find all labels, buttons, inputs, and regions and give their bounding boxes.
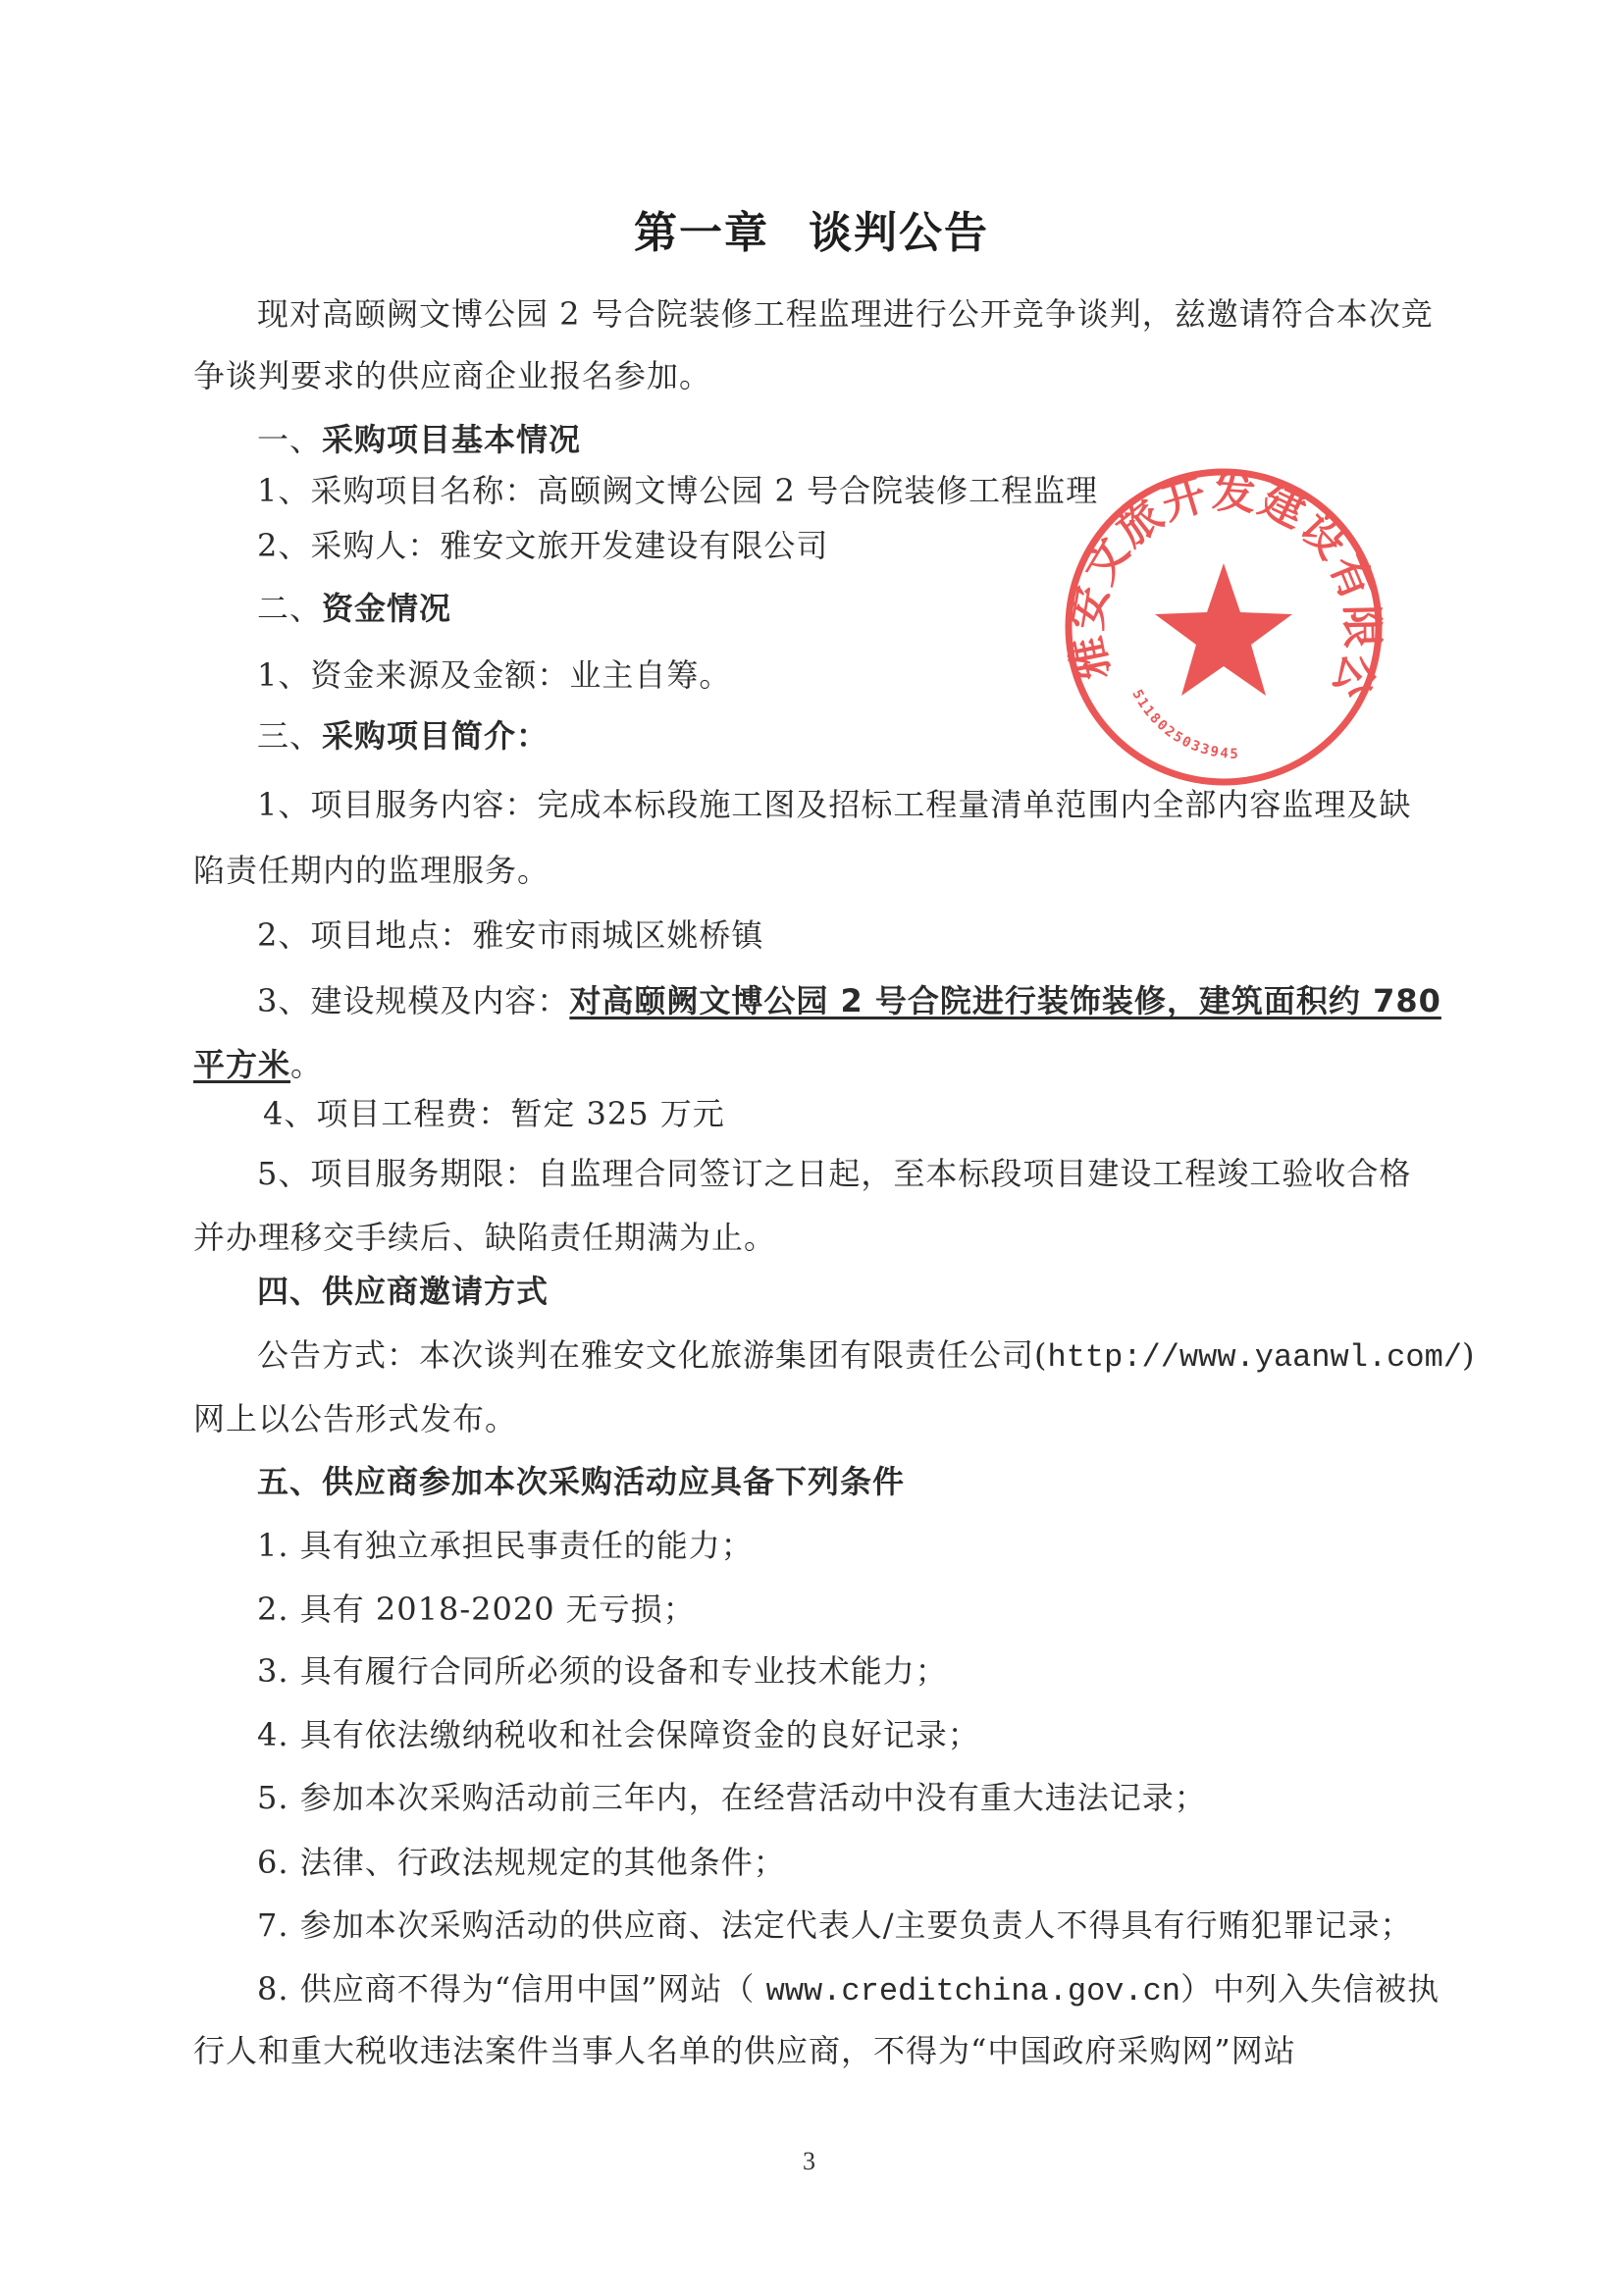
condition-5: 5. 参加本次采购活动前三年内，在经营活动中没有重大违法记录； — [257, 1778, 1207, 1817]
condition-6: 6. 法律、行政法规规定的其他条件； — [257, 1843, 786, 1882]
section-heading-1: 一、采购项目基本情况 — [257, 420, 581, 459]
notice-method-line-1: 公告方式：本次谈判在雅安文化旅游集团有限责任公司(http://www.yaan… — [257, 1335, 1475, 1378]
section-3-item-5-line-2: 并办理移交手续后、缺陷责任期满为止。 — [193, 1218, 776, 1257]
condition-7: 7. 参加本次采购活动的供应商、法定代表人/主要负责人不得具有行贿犯罪记录； — [257, 1905, 1413, 1945]
creditchina-link[interactable]: www.creditchina.gov.cn — [766, 1973, 1180, 2009]
chapter-title: 第一章谈判公告 — [0, 208, 1623, 259]
chapter-name: 谈判公告 — [809, 208, 989, 258]
section-1-item-2: 2、采购人：雅安文旅开发建设有限公司 — [257, 526, 828, 565]
condition-8-line-2: 行人和重大税收违法案件当事人名单的供应商，不得为“中国政府采购网”网站 — [193, 2031, 1296, 2070]
yaanwl-link[interactable]: http://www.yaanwl.com/ — [1048, 1339, 1462, 1376]
intro-line-2: 争谈判要求的供应商企业报名参加。 — [193, 356, 711, 395]
company-seal-icon: 雅安文旅开发建设有限公司 5118025033945 — [1062, 465, 1386, 789]
svg-text:5118025033945: 5118025033945 — [1128, 687, 1240, 762]
condition-4: 4. 具有依法缴纳税收和社会保障资金的良好记录； — [257, 1715, 980, 1754]
section-2-item-1: 1、资金来源及金额：业主自筹。 — [257, 655, 731, 695]
section-heading-2: 二、资金情况 — [257, 589, 451, 628]
intro-line-1: 现对高颐阙文博公园 2 号合院装修工程监理进行公开竞争谈判，兹邀请符合本次竞 — [257, 294, 1434, 334]
condition-1: 1. 具有独立承担民事责任的能力； — [257, 1526, 754, 1565]
condition-8-line-1: 8. 供应商不得为“信用中国”网站（ www.creditchina.gov.c… — [257, 1969, 1440, 2011]
section-3-item-2: 2、项目地点：雅安市雨城区姚桥镇 — [257, 915, 763, 955]
section-heading-3: 三、采购项目简介： — [257, 716, 549, 756]
section-heading-5: 五、供应商参加本次采购活动应具备下列条件 — [257, 1462, 905, 1501]
page-number: 3 — [803, 2147, 815, 2176]
notice-method-line-2: 网上以公告形式发布。 — [193, 1399, 517, 1438]
condition-3: 3. 具有履行合同所必须的设备和专业技术能力； — [257, 1651, 948, 1691]
section-3-item-1-line-1: 1、项目服务内容：完成本标段施工图及招标工程量清单范围内全部内容监理及缺 — [257, 785, 1411, 824]
section-3-item-1-line-2: 陷责任期内的监理服务。 — [193, 851, 550, 890]
section-3-item-3-line-1: 3、建设规模及内容：对高颐阙文博公园 2 号合院进行装饰装修，建筑面积约 780 — [257, 981, 1441, 1020]
star-icon — [1155, 563, 1292, 696]
underlined-scope: 对高颐阙文博公园 2 号合院进行装饰装修，建筑面积约 780 — [569, 982, 1441, 1019]
chapter-number: 第一章 — [634, 208, 769, 258]
condition-2: 2. 具有 2018-2020 无亏损； — [257, 1590, 696, 1629]
section-heading-4: 四、供应商邀请方式 — [257, 1272, 549, 1311]
section-3-item-4: 4、项目工程费：暂定 325 万元 — [263, 1094, 725, 1133]
section-3-item-3-line-2: 平方米。 — [193, 1045, 323, 1084]
section-1-item-1: 1、采购项目名称：高颐阙文博公园 2 号合院装修工程监理 — [257, 471, 1098, 510]
seal-code: 5118025033945 — [1128, 687, 1240, 762]
section-3-item-5-line-1: 5、项目服务期限：自监理合同签订之日起，至本标段项目建设工程竣工验收合格 — [257, 1154, 1411, 1193]
